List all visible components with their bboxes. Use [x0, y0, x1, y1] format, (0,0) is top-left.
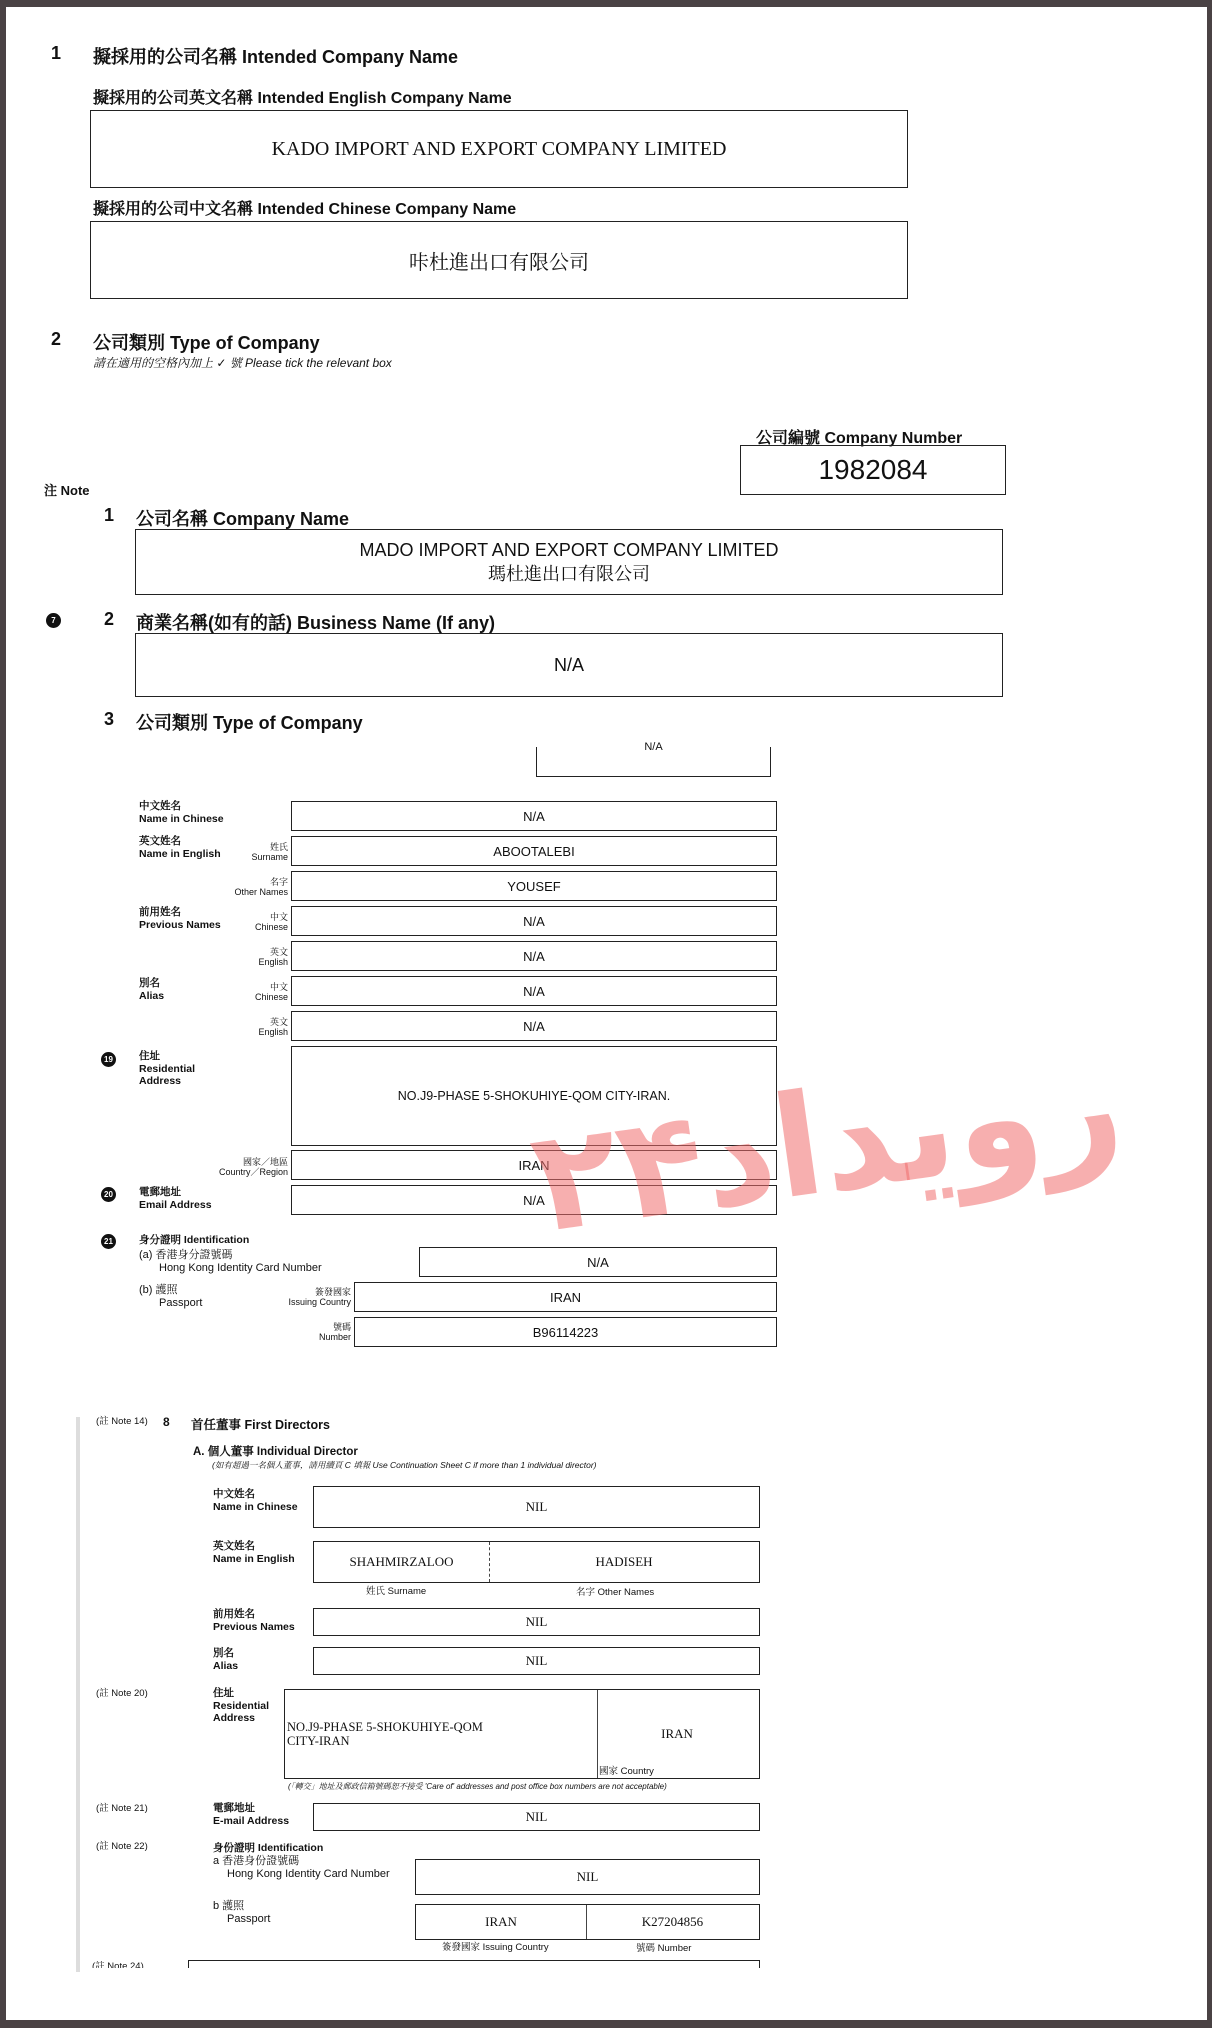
alias-chinese-value: N/A: [523, 984, 545, 999]
director-email-field: NIL: [313, 1803, 760, 1831]
director-other-names-cell: HADISEH: [489, 1542, 759, 1582]
surname-value: ABOOTALEBI: [493, 844, 574, 859]
individual-director-heading: A. 個人董事 Individual Director: [193, 1443, 358, 1459]
partial-field-value: N/A: [644, 741, 662, 753]
email-field: N/A: [291, 1185, 777, 1215]
passport-number-field: B96114223: [354, 1317, 777, 1347]
previous-english-field: N/A: [291, 941, 777, 971]
continuation-instruction: (如有超過一名個人董事，請用續頁 C 填報 Use Continuation S…: [212, 1459, 597, 1471]
note-badge: 7: [46, 613, 61, 628]
intended-chinese-value: 咔杜進出口有限公司: [409, 246, 589, 275]
other-names-label: 名字Other Names: [206, 877, 288, 897]
director-identification-heading: 身份證明 Identification: [213, 1840, 323, 1855]
alias-english-field: N/A: [291, 1011, 777, 1041]
section-number: 3: [104, 709, 114, 730]
truncated-field: [188, 1960, 760, 1968]
director-address-field: NO.J9-PHASE 5-SHOKUHIYE-QOMCITY-IRAN IRA…: [284, 1689, 760, 1779]
director-issuing-country-cell: IRAN: [416, 1905, 587, 1939]
company-number-field: 1982084: [740, 445, 1006, 495]
company-number-value: 1982084: [818, 454, 927, 486]
section-number: 1: [51, 43, 61, 64]
director-previous-names-label: 前用姓名Previous Names: [213, 1608, 295, 1633]
director-surname-caption: 姓氏 Surname: [366, 1586, 426, 1597]
director-address-label: 住址ResidentialAddress: [213, 1687, 269, 1725]
director-name-chinese-value: NIL: [526, 1499, 548, 1515]
business-name-value: N/A: [554, 655, 584, 676]
director-issuing-caption: 簽發國家 Issuing Country: [442, 1942, 549, 1953]
director-name-english-label: 英文姓名Name in English: [213, 1540, 295, 1565]
first-directors-heading: 首任董事 First Directors: [191, 1415, 330, 1433]
note-14: (註 Note 14): [96, 1416, 148, 1427]
director-hkid-label: a 香港身份證號碼Hong Kong Identity Card Number: [213, 1855, 390, 1881]
director-country-caption: 國家 Country: [599, 1766, 654, 1777]
issuing-country-label: 簽發國家Issuing Country: [266, 1287, 351, 1307]
director-address-line2: CITY-IRAN: [287, 1734, 483, 1748]
note-21: (註 Note 21): [96, 1803, 148, 1814]
director-country-cell: IRAN: [595, 1690, 759, 1778]
director-passport-number-cell: K27204856: [586, 1905, 759, 1939]
note-22: (註 Note 22): [96, 1841, 148, 1852]
section-divider: [76, 1417, 80, 1972]
country-region-value: IRAN: [518, 1158, 549, 1173]
hkid-field: N/A: [419, 1247, 777, 1277]
director-alias-label: 別名Alias: [213, 1647, 238, 1672]
section-number: 1: [104, 505, 114, 526]
director-previous-names-field: NIL: [313, 1608, 760, 1636]
company-type-heading: 公司類別 Type of Company: [136, 709, 363, 735]
passport-number-label: 號碼Number: [296, 1322, 351, 1342]
director-email-label: 電郵地址E-mail Address: [213, 1802, 289, 1827]
type-of-company-heading: 公司類別 Type of Company: [93, 329, 320, 355]
note-label: 注 Note: [44, 480, 90, 499]
name-chinese-value: N/A: [523, 809, 545, 824]
director-alias-field: NIL: [313, 1647, 760, 1675]
hkid-value: N/A: [587, 1255, 609, 1270]
previous-names-label: 前用姓名Previous Names: [139, 906, 221, 931]
intended-english-label: 擬採用的公司英文名稱 Intended English Company Name: [93, 85, 512, 108]
previous-chinese-label: 中文Chinese: [236, 912, 288, 932]
name-chinese-label: 中文姓名Name in Chinese: [139, 800, 224, 825]
director-email-value: NIL: [526, 1809, 548, 1825]
name-chinese-field: N/A: [291, 801, 777, 831]
previous-english-value: N/A: [523, 949, 545, 964]
director-address-line1: NO.J9-PHASE 5-SHOKUHIYE-QOM: [287, 1720, 483, 1734]
director-issuing-country-value: IRAN: [485, 1914, 517, 1930]
previous-english-label: 英文English: [236, 947, 288, 967]
note-badge-20: 20: [101, 1187, 116, 1202]
document-page: 1 擬採用的公司名稱 Intended Company Name 擬採用的公司英…: [6, 7, 1207, 2020]
director-country-value: IRAN: [661, 1726, 693, 1742]
issuing-country-value: IRAN: [550, 1290, 581, 1305]
director-passport-field: IRAN K27204856: [415, 1904, 760, 1940]
previous-chinese-field: N/A: [291, 906, 777, 936]
identification-heading: 身分證明 Identification: [139, 1234, 249, 1247]
intended-english-value: KADO IMPORT AND EXPORT COMPANY LIMITED: [272, 138, 727, 161]
director-hkid-field: NIL: [415, 1859, 760, 1895]
business-name-heading: 商業名稱(如有的話) Business Name (If any): [136, 609, 495, 635]
director-passport-label: b 護照Passport: [213, 1900, 270, 1926]
residential-address-field: NO.J9-PHASE 5-SHOKUHIYE-QOM CITY-IRAN.: [291, 1046, 777, 1146]
director-passport-number-value: K27204856: [642, 1914, 703, 1930]
address-disclaimer: (「轉交」地址及郵政信箱號碼恕不接受 'Care of' addresses a…: [288, 1781, 667, 1792]
passport-number-value: B96114223: [533, 1325, 599, 1340]
issuing-country-field: IRAN: [354, 1282, 777, 1312]
residential-address-value: NO.J9-PHASE 5-SHOKUHIYE-QOM CITY-IRAN.: [398, 1089, 671, 1103]
other-names-value: YOUSEF: [507, 879, 560, 894]
director-name-english-field: SHAHMIRZALOO HADISEH: [313, 1541, 760, 1583]
residential-address-label: 住址ResidentialAddress: [139, 1050, 195, 1088]
note-badge-21: 21: [101, 1234, 116, 1249]
director-previous-names-value: NIL: [526, 1614, 548, 1630]
intended-english-field: KADO IMPORT AND EXPORT COMPANY LIMITED: [90, 110, 908, 188]
section-number: 2: [104, 609, 114, 630]
alias-chinese-field: N/A: [291, 976, 777, 1006]
business-name-field: N/A: [135, 633, 1003, 697]
director-name-chinese-field: NIL: [313, 1486, 760, 1528]
country-region-field: IRAN: [291, 1150, 777, 1180]
country-region-label: 國家／地區Country／Region: [186, 1157, 288, 1177]
name-english-label: 英文姓名Name in English: [139, 835, 221, 860]
note-24: (註 Note 24): [92, 1961, 144, 1968]
director-other-names-caption: 名字 Other Names: [576, 1587, 654, 1598]
other-names-field: YOUSEF: [291, 871, 777, 901]
intended-chinese-field: 咔杜進出口有限公司: [90, 221, 908, 299]
director-other-names-value: HADISEH: [595, 1554, 652, 1570]
section-number: 2: [51, 329, 61, 350]
section-number: 8: [163, 1415, 170, 1429]
partial-field: N/A: [536, 747, 771, 777]
surname-field: ABOOTALEBI: [291, 836, 777, 866]
note-badge-19: 19: [101, 1052, 116, 1067]
alias-chinese-label: 中文Chinese: [236, 982, 288, 1002]
director-surname-cell: SHAHMIRZALOO: [314, 1542, 490, 1582]
director-name-chinese-label: 中文姓名Name in Chinese: [213, 1488, 298, 1513]
company-name-heading: 公司名稱 Company Name: [136, 505, 349, 531]
company-name-en: MADO IMPORT AND EXPORT COMPANY LIMITED: [359, 538, 778, 562]
hkid-label: (a) 香港身分證號碼Hong Kong Identity Card Numbe…: [139, 1249, 322, 1275]
tick-instruction: 請在適用的空格內加上 ✓ 號 Please tick the relevant …: [93, 354, 392, 371]
passport-label: (b) 護照Passport: [139, 1284, 202, 1310]
director-hkid-value: NIL: [577, 1869, 599, 1885]
alias-label: 別名Alias: [139, 977, 164, 1002]
director-address-cell: NO.J9-PHASE 5-SHOKUHIYE-QOMCITY-IRAN: [285, 1690, 598, 1778]
alias-english-value: N/A: [523, 1019, 545, 1034]
intended-name-heading: 擬採用的公司名稱 Intended Company Name: [93, 43, 458, 69]
previous-chinese-value: N/A: [523, 914, 545, 929]
director-alias-value: NIL: [526, 1653, 548, 1669]
director-surname-value: SHAHMIRZALOO: [350, 1554, 454, 1570]
surname-label: 姓氏Surname: [226, 842, 288, 862]
company-name-field: MADO IMPORT AND EXPORT COMPANY LIMITED 瑪…: [135, 529, 1003, 595]
alias-english-label: 英文English: [236, 1017, 288, 1037]
intended-chinese-label: 擬採用的公司中文名稱 Intended Chinese Company Name: [93, 196, 516, 219]
note-20: (註 Note 20): [96, 1688, 148, 1699]
email-label: 電郵地址Email Address: [139, 1186, 212, 1211]
email-value: N/A: [523, 1193, 545, 1208]
company-name-zh: 瑪杜進出口有限公司: [488, 562, 650, 586]
director-number-caption: 號碼 Number: [636, 1943, 691, 1954]
